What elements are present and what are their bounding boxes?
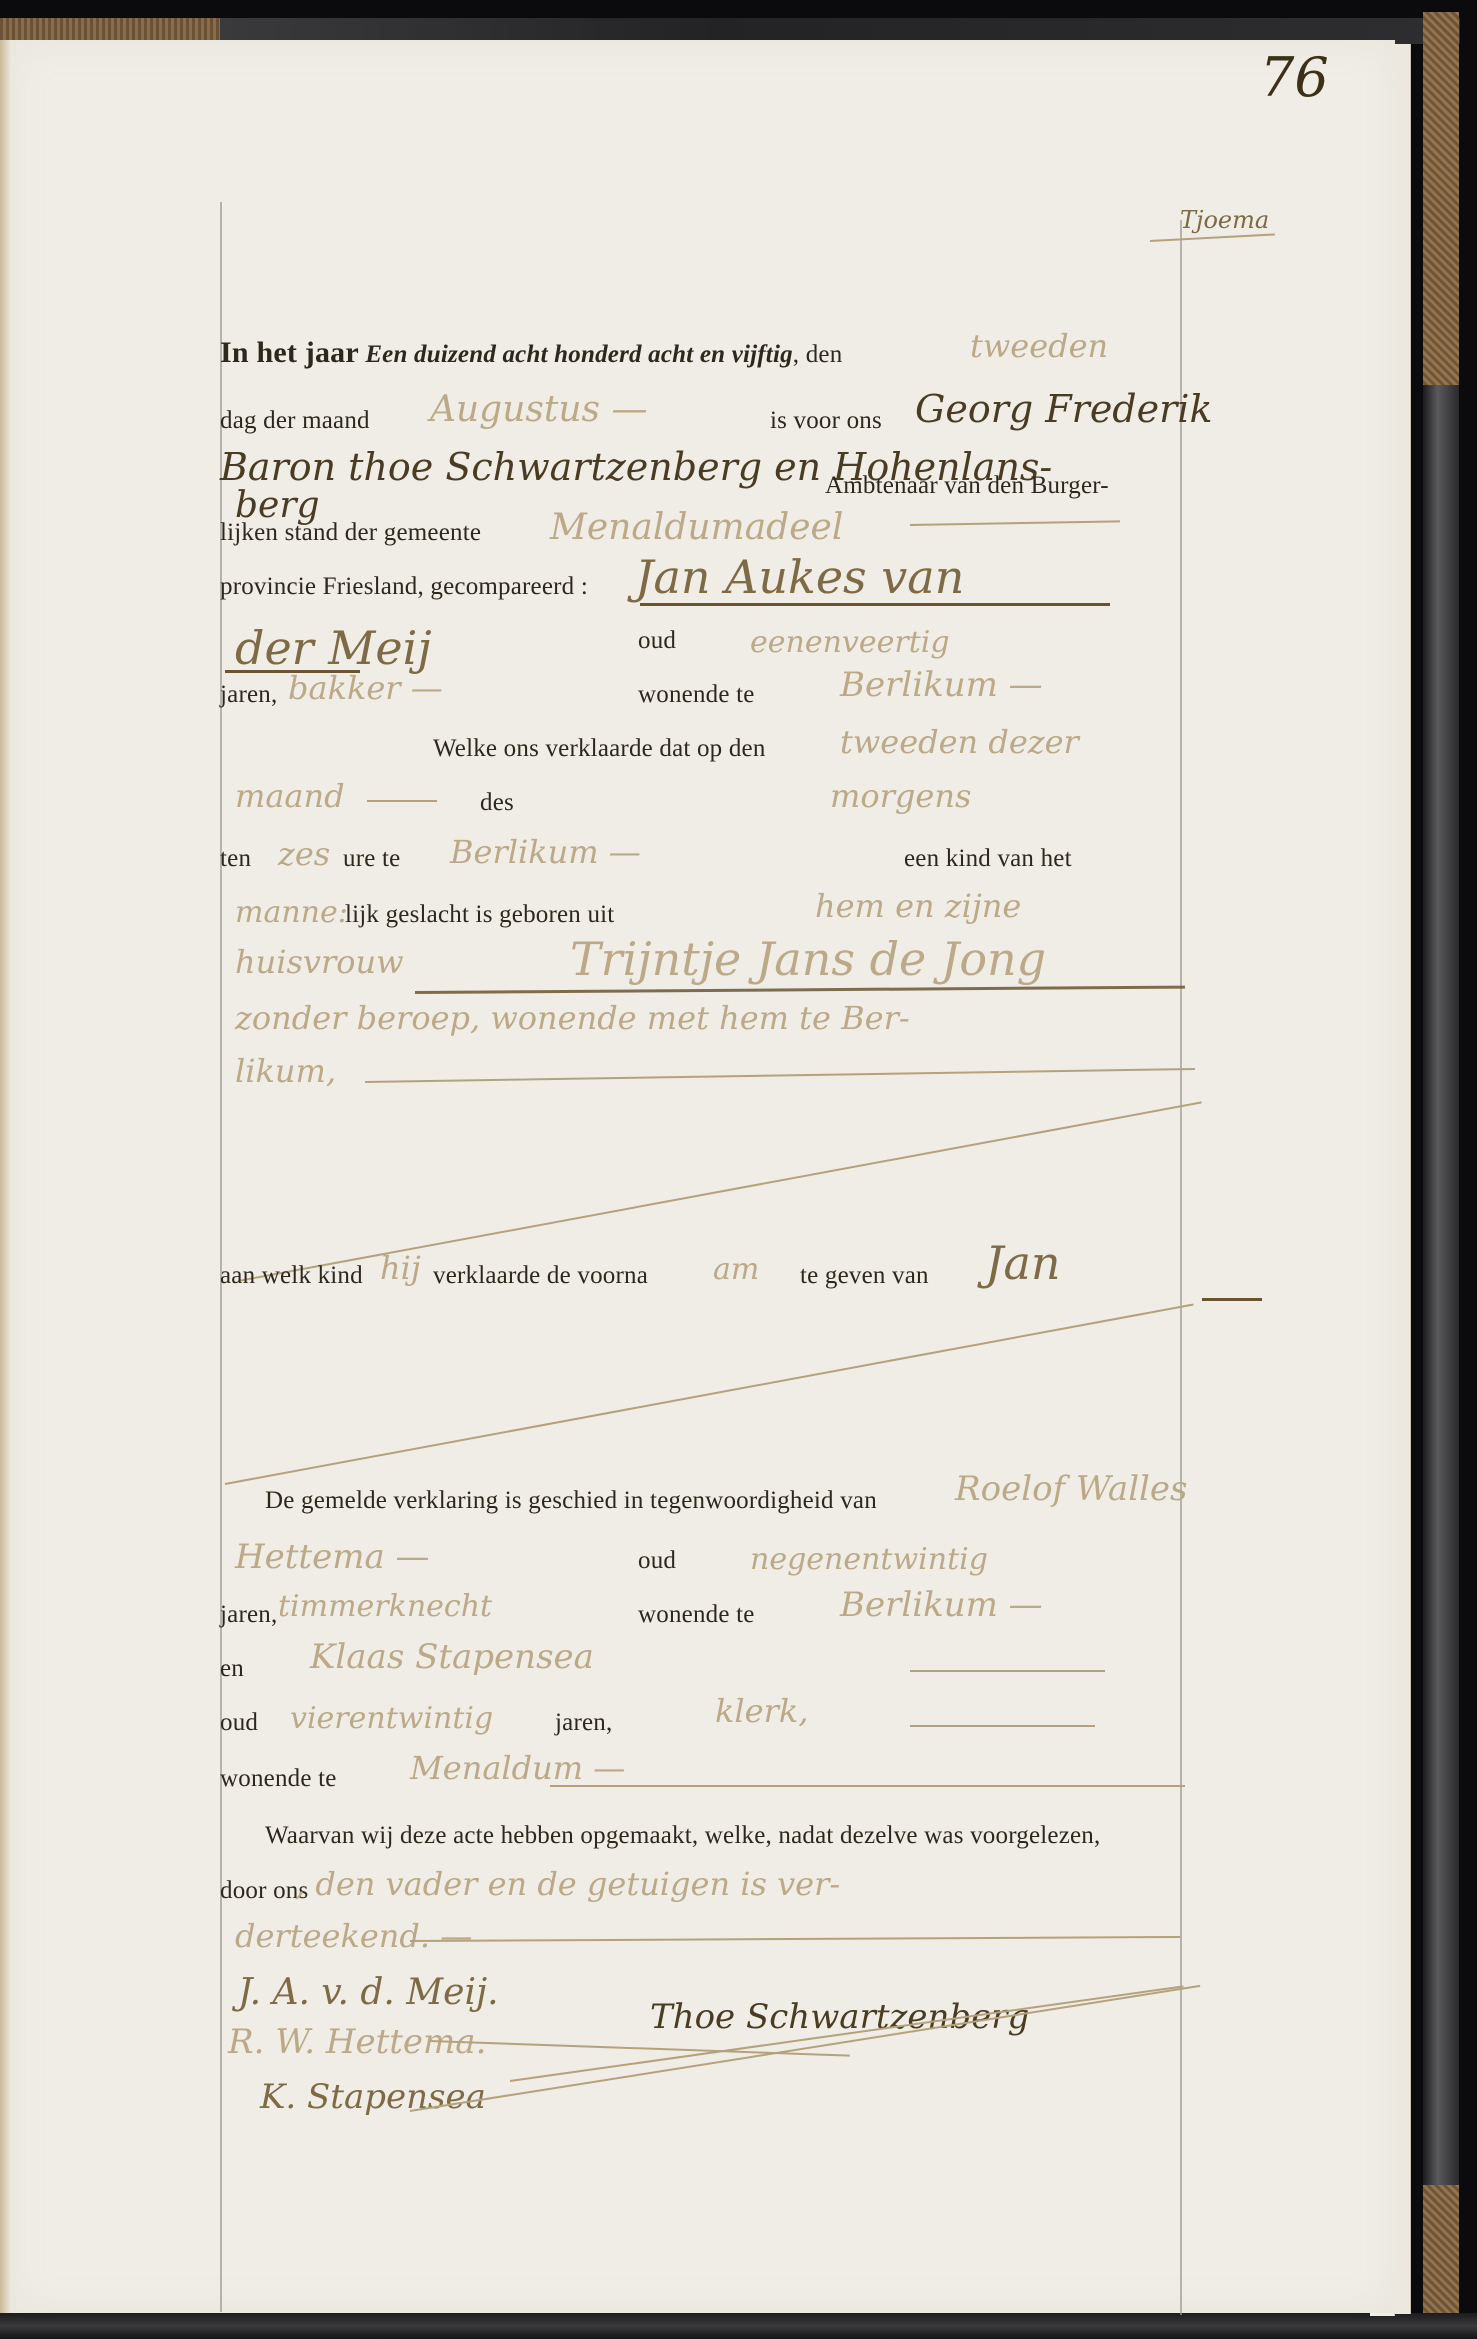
hw-closing-1: , den vader en de getuigen is ver- [295, 1868, 840, 1900]
hw-sex: manne: [235, 898, 348, 928]
printed-wonende-te: wonende te [220, 1766, 337, 1791]
printed-te-geven-van: te geven van [800, 1263, 929, 1288]
hw-witness1-age: negenentwintig [750, 1545, 988, 1575]
hw-child-name: Jan [985, 1240, 1061, 1286]
printed-line-1: In het jaar Een duizend acht honderd ach… [220, 338, 842, 368]
printed-de-gemelde: De gemelde verklaring is geschied in teg… [265, 1488, 877, 1513]
hw-birth-day: tweeden dezer [840, 726, 1079, 758]
hw-mother-note: zonder beroep, wonende met hem te Ber- [235, 1002, 910, 1034]
printed-lijken-stand: lijken stand der gemeente [220, 520, 481, 545]
hw-declarant-2: der Meij [235, 625, 432, 671]
printed-year: Een duizend acht honderd acht en vijftig [365, 341, 792, 368]
fill-line [410, 1936, 1180, 1942]
page-number: 76 [1260, 46, 1329, 109]
hw-name-suffix: am [713, 1255, 759, 1285]
fill-line [910, 1670, 1105, 1672]
printed-dag-der-maand: dag der maand [220, 408, 370, 433]
hw-birth-place: Berlikum — [450, 836, 641, 868]
printed-jaren: jaren, [220, 1602, 277, 1627]
printed-welke-ons: Welke ons verklaarde dat op den [433, 736, 766, 761]
right-margin-rule [1180, 220, 1182, 2315]
printed-oud: oud [638, 1548, 676, 1573]
hw-closing-2: derteekend. — [235, 1920, 472, 1952]
hw-witness2-age: vierentwintig [290, 1704, 493, 1734]
hw-mother: Trijntje Jans de Jong [570, 936, 1046, 982]
hw-witness1-residence: Berlikum — [840, 1588, 1043, 1622]
book-cover-bottom [0, 2313, 1477, 2339]
hw-witness1-name-1: Roelof Walles [955, 1472, 1188, 1506]
hw-witness2-residence: Menaldum — [410, 1752, 625, 1784]
printed-den: , den [793, 341, 843, 368]
printed-is-voor-ons: is voor ons [770, 408, 882, 433]
margin-note-underline [1150, 233, 1275, 242]
hw-declarant-age: eenenveertig [750, 628, 950, 658]
printed-jaren: jaren, [555, 1710, 612, 1735]
hw-birth-month: maand [235, 780, 345, 812]
fill-line [910, 1725, 1095, 1727]
printed-waarvan: Waarvan wij deze acte hebben opgemaakt, … [265, 1823, 1100, 1848]
printed-en: en [220, 1656, 244, 1681]
hw-pronoun: hij [380, 1252, 421, 1284]
hw-hour: zes [278, 838, 330, 870]
fill-line [367, 800, 437, 802]
fill-line [910, 520, 1120, 526]
hw-parents-1: hem en zijne [815, 890, 1021, 922]
hw-month: Augustus — [430, 392, 647, 428]
cancel-line [225, 1304, 1194, 1485]
printed-oud: oud [638, 628, 676, 653]
printed-wonende-te: wonende te [638, 1602, 755, 1627]
hw-time-of-day: morgens [830, 780, 971, 812]
drop-cap-text: In het jaar [220, 336, 359, 369]
hw-declarant-1: Jan Aukes van [635, 554, 964, 600]
printed-lijk-geslacht: lijk geslacht is geboren uit [345, 902, 614, 927]
book-gutter [0, 40, 10, 2313]
hw-official-1: Georg Frederik [915, 390, 1212, 428]
hw-day: tweeden [970, 330, 1108, 362]
margin-note: Tjoema [1180, 208, 1269, 232]
hw-witness2-name: Klaas Stapensea [310, 1640, 594, 1674]
printed-des: des [480, 790, 514, 815]
hw-municipality: Menaldumadeel [550, 510, 843, 546]
cancel-line [365, 1068, 1195, 1083]
hw-witness1-occupation: timmerknecht [278, 1592, 492, 1622]
hw-declarant-occupation: bakker — [288, 672, 443, 704]
register-page: 76 Tjoema In het jaar Een duizend acht h… [10, 40, 1395, 2313]
hw-declarant-residence: Berlikum — [840, 668, 1043, 702]
hw-witness2-occupation: klerk, [715, 1695, 808, 1727]
printed-ten: ten [220, 846, 251, 871]
printed-ambtenaar: Ambtenaar van den Burger- [825, 473, 1109, 498]
signature-declarant: J. A. v. d. Meij. [238, 1975, 499, 2011]
strike-line [415, 986, 1185, 994]
printed-verklaarde-voorna: verklaarde de voorna [433, 1263, 648, 1288]
printed-wonende-te: wonende te [638, 682, 755, 707]
printed-provincie: provincie Friesland, gecompareerd : [220, 574, 588, 599]
printed-ure-te: ure te [343, 846, 400, 871]
name-underline [1202, 1298, 1262, 1301]
hw-mother-note-2: likum, [235, 1055, 336, 1087]
hw-witness1-name-2: Hettema — [235, 1540, 430, 1574]
fill-line [550, 1785, 1185, 1787]
printed-een-kind: een kind van het [904, 846, 1072, 871]
signature-witness-2: K. Stapensea [260, 2080, 486, 2114]
book-cover-right-marbled [1423, 385, 1459, 2185]
printed-oud: oud [220, 1710, 258, 1735]
hw-parents-2: huisvrouw [235, 946, 404, 978]
printed-aan-welk-kind: aan welk kind [220, 1263, 363, 1288]
printed-jaren: jaren, [220, 682, 277, 707]
declarant-underline [640, 603, 1110, 606]
